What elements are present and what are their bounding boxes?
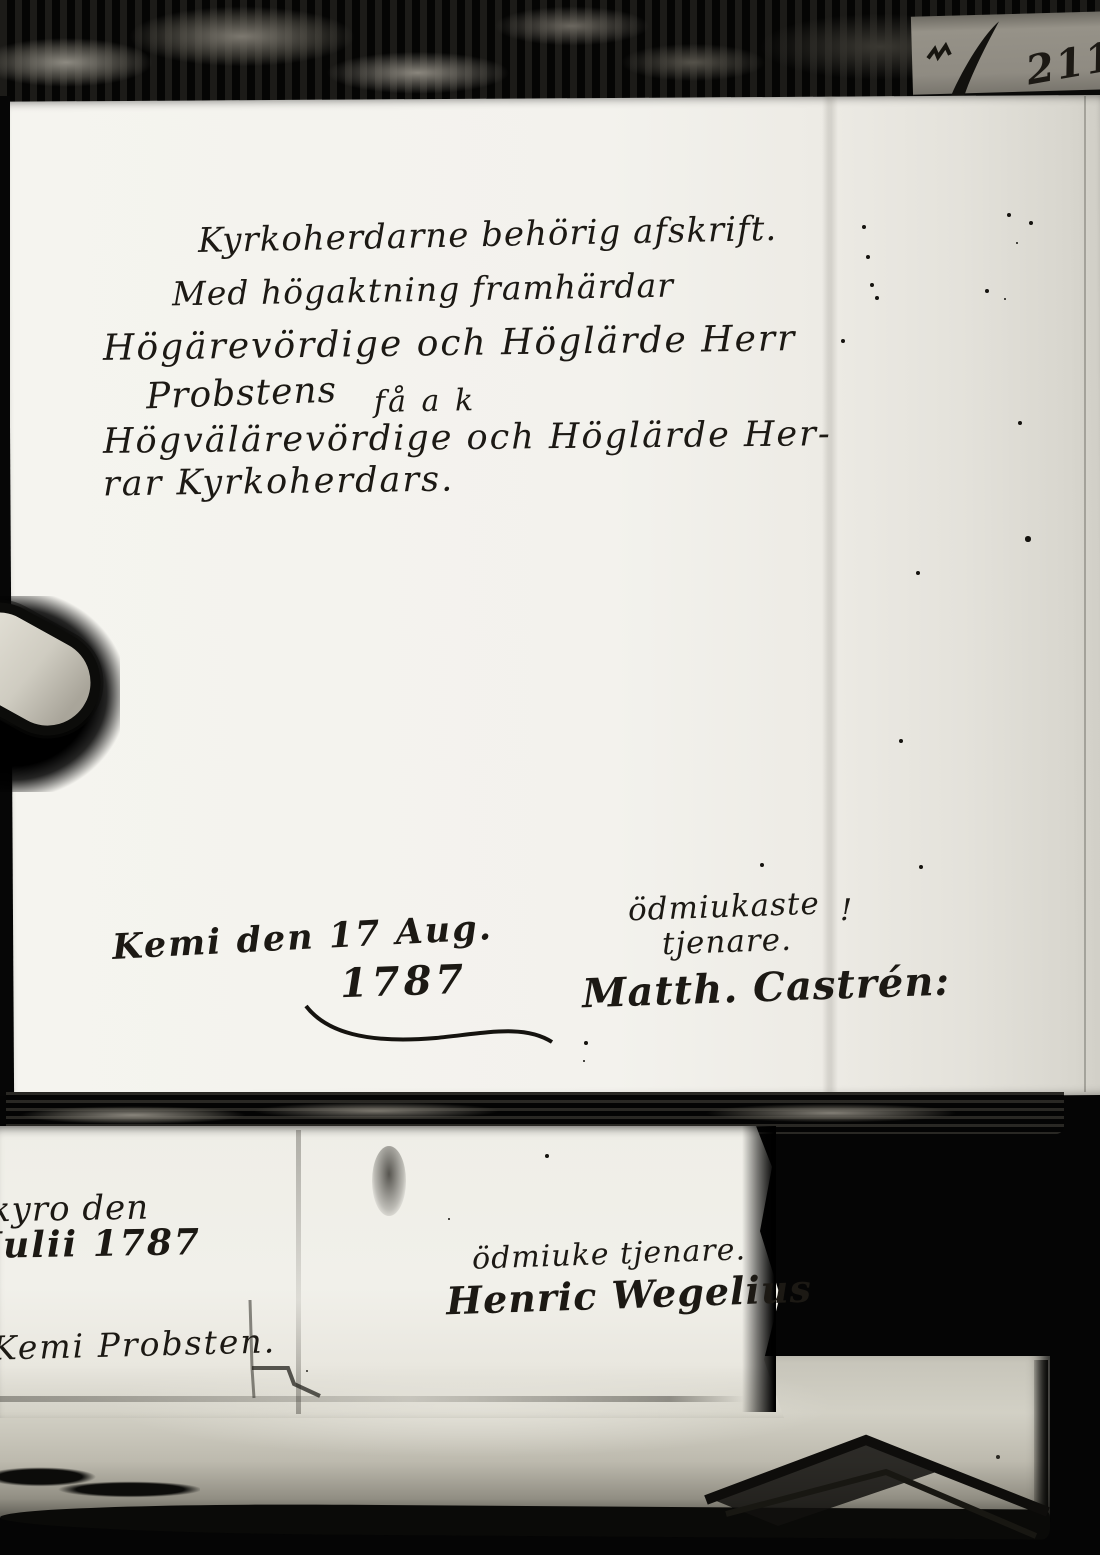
scanned-document-page: 211 Kyrkoherdarne behörig afskrift. Med …	[0, 0, 1100, 1555]
letter-line-3: Högärevördige och Höglärde Herr	[103, 321, 797, 367]
fold-crease	[822, 96, 838, 1094]
ink-speckles	[0, 0, 2, 2]
letter-line-4: Probstens	[145, 373, 337, 416]
fragment-note: Kemi Probsten.	[0, 1324, 276, 1364]
closing-mark: !	[840, 896, 852, 926]
page-right-edge-line	[1084, 96, 1086, 1092]
fan-crease	[686, 1414, 1066, 1554]
letter-line-6: rar Kyrkoherdars.	[103, 463, 455, 503]
pencil-vertical	[250, 1300, 254, 1398]
letter-line-2: Med högaktning framhärdar	[172, 269, 675, 311]
bottom-dark-streaks	[0, 1460, 200, 1502]
flourish-stroke	[949, 21, 1001, 99]
fragment-fold-line	[0, 1396, 744, 1402]
pencil-angle	[252, 1368, 320, 1396]
closing-line-1: ödmiukaste	[628, 889, 821, 927]
closing-line-2: tjenare.	[661, 925, 792, 961]
letter-signature: Matth. Castrén:	[581, 962, 950, 1015]
fragment-line-2: Julii 1787	[0, 1224, 201, 1264]
year-flourish	[296, 998, 566, 1058]
letter-line-5: Högvälärevördige och Höglärde Her-	[103, 417, 832, 460]
letter-line-4b: få a k	[374, 386, 477, 418]
fragment-smudge	[372, 1146, 406, 1216]
year-flourish-stroke	[306, 1006, 552, 1042]
flourish-mark	[919, 16, 1031, 103]
pencil-marks	[242, 1298, 362, 1408]
flourish-zigzag	[928, 46, 950, 59]
